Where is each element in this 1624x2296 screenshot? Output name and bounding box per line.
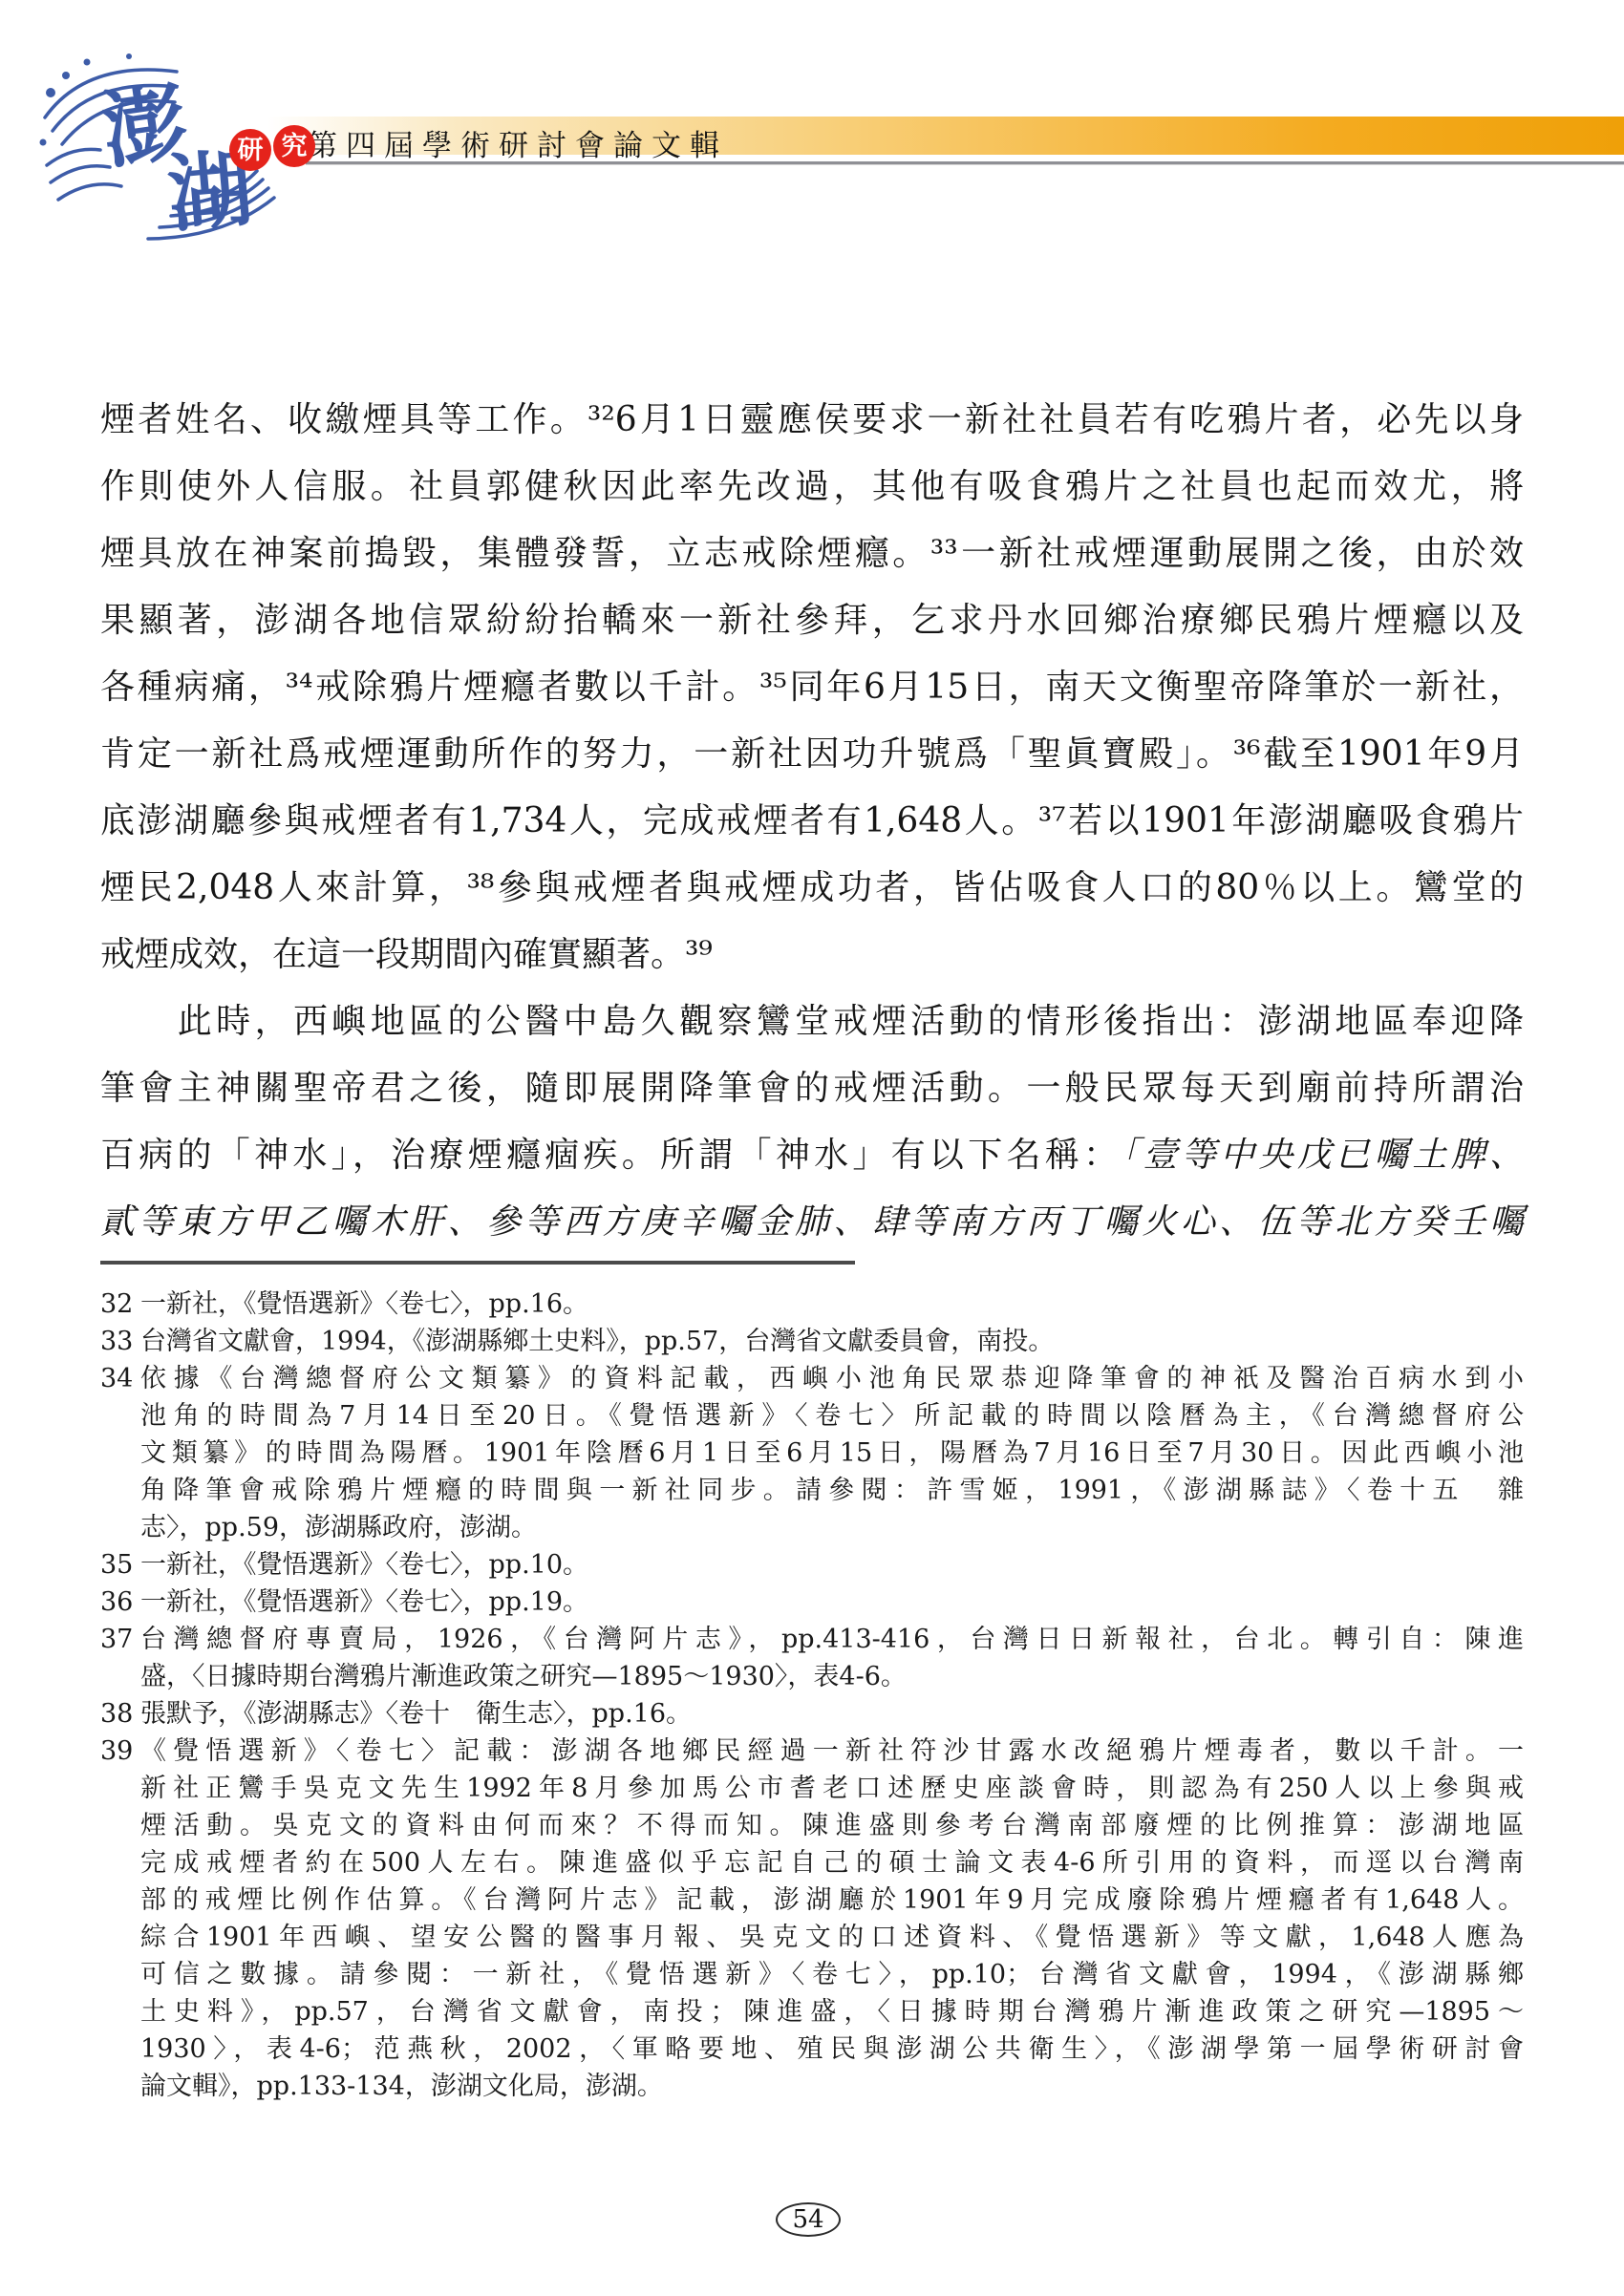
footnote-line: 37台灣總督府專賣局，1926，《台灣阿片志》，pp.413-416，台灣日日新… (140, 1621, 1524, 1658)
body-line: 此時，西嶼地區的公醫中島久觀察鸞堂戒煙活動的情形後指出：澎湖地區奉迎降 (100, 989, 1524, 1055)
footnote-line: 33台灣省文獻會，1994，《澎湖縣鄉土史料》，pp.57，台灣省文獻委員會，南… (140, 1323, 1524, 1360)
body-line: 戒煙成效，在這一段期間內確實顯著。³⁹ (100, 922, 1524, 989)
footnotes: 32一新社，《覺悟選新》〈卷七〉，pp.16。33台灣省文獻會，1994，《澎湖… (140, 1286, 1524, 2105)
footnote: 34依據《台灣總督府公文類纂》的資料記載，西嶼小池角民眾恭迎降筆會的神祇及醫治百… (140, 1360, 1524, 1546)
footnote: 38張默予，《澎湖縣志》〈卷十 衛生志〉，pp.16。 (140, 1695, 1524, 1733)
page: { "header": { "logo": { "char1": "澎", "c… (0, 0, 1624, 2296)
body-line: 底澎湖廳參與戒煙者有1,734人，完成戒煙者有1,648人。³⁷若以1901年澎… (100, 788, 1524, 855)
footnote-line: 綜合1901年西嶼、望安公醫的醫事月報、吳克文的口述資料、《覺悟選新》等文獻，1… (140, 1919, 1524, 1956)
logo-badge-jiu: 究 (273, 125, 315, 167)
footnote-line: 1930〉，表4-6；范燕秋，2002，〈軍略要地、殖民與澎湖公共衛生〉，《澎湖… (140, 2030, 1524, 2068)
footnote-line: 35一新社，《覺悟選新》〈卷七〉，pp.10。 (140, 1546, 1524, 1584)
footnote-number: 33 (100, 1323, 139, 1360)
footnote-line: 38張默予，《澎湖縣志》〈卷十 衛生志〉，pp.16。 (140, 1695, 1524, 1733)
footnote-number: 34 (100, 1360, 139, 1397)
body-line: 煙者姓名、收繳煙具等工作。³²6月1日靈應侯要求一新社社員若有吃鴉片者，必先以身 (100, 387, 1524, 454)
footnote-line: 角降筆會戒除鴉片煙癮的時間與一新社同步。請參閱：許雪姬，1991，《澎湖縣誌》〈… (140, 1472, 1524, 1509)
body-line: 肯定一新社爲戒煙運動所作的努力，一新社因功升號爲「聖眞寶殿」。³⁶截至1901年… (100, 721, 1524, 788)
footnote: 33台灣省文獻會，1994，《澎湖縣鄉土史料》，pp.57，台灣省文獻委員會，南… (140, 1323, 1524, 1360)
footnote: 32一新社，《覺悟選新》〈卷七〉，pp.16。 (140, 1286, 1524, 1323)
footnote-line: 文類纂》的時間為陽曆。1901年陰曆6月1日至6月15日，陽曆為7月16日至7月… (140, 1435, 1524, 1472)
footnote-line: 盛，〈日據時期台灣鴉片漸進政策之研究—1895～1930〉，表4-6。 (140, 1658, 1524, 1695)
body-line: 煙民2,048人來計算，³⁸參與戒煙者與戒煙成功者，皆佔吸食人口的80％以上。鸞… (100, 855, 1524, 922)
footnote-line: 土史料》，pp.57，台灣省文獻會，南投；陳進盛，〈日據時期台灣鴉片漸進政策之研… (140, 1993, 1524, 2030)
footnote-line: 志〉，pp.59，澎湖縣政府，澎湖。 (140, 1509, 1524, 1546)
body-line: 各種病痛，³⁴戒除鴉片煙癮者數以千計。³⁵同年6月15日，南天文衡聖帝降筆於一新… (100, 654, 1524, 721)
page-number: 54 (792, 2205, 823, 2234)
body-line: 煙具放在神案前搗毀，集體發誓，立志戒除煙癮。³³一新社戒煙運動展開之後，由於效 (100, 521, 1524, 587)
footnote-line: 39《覺悟選新》〈卷七〉記載：澎湖各地鄉民經過一新社符沙甘露水改絕鴉片煙毒者，數… (140, 1733, 1524, 1770)
footnote-line: 論文輯》，pp.133-134，澎湖文化局，澎湖。 (140, 2068, 1524, 2105)
footnote-line: 34依據《台灣總督府公文類纂》的資料記載，西嶼小池角民眾恭迎降筆會的神祇及醫治百… (140, 1360, 1524, 1397)
footnote: 39《覺悟選新》〈卷七〉記載：澎湖各地鄉民經過一新社符沙甘露水改絕鴉片煙毒者，數… (140, 1733, 1524, 2105)
body-line: 作則使外人信服。社員郭健秋因此率先改過，其他有吸食鴉片之社員也起而效尤，將 (100, 454, 1524, 521)
logo-badge-yan: 研 (229, 129, 271, 171)
footnote-line: 可信之數據。請參閱：一新社，《覺悟選新》〈卷七〉，pp.10；台灣省文獻會，19… (140, 1956, 1524, 1993)
journal-logo: 澎 湖 研 究 (33, 43, 320, 248)
footnote-number: 36 (100, 1584, 139, 1621)
body-line: 貳等東方甲乙囑木肝、參等西方庚辛囑金肺、肆等南方丙丁囑火心、伍等北方癸壬囑 (100, 1189, 1524, 1256)
footnote-number: 32 (100, 1286, 139, 1323)
footnote: 37台灣總督府專賣局，1926，《台灣阿片志》，pp.413-416，台灣日日新… (140, 1621, 1524, 1695)
footnote: 35一新社，《覺悟選新》〈卷七〉，pp.10。 (140, 1546, 1524, 1584)
footnote-number: 38 (100, 1695, 139, 1733)
footnote-line: 完成戒煙者約在500人左右。陳進盛似乎忘記自己的碩士論文表4-6所引用的資料，而… (140, 1844, 1524, 1881)
footnote-line: 36一新社，《覺悟選新》〈卷七〉，pp.19。 (140, 1584, 1524, 1621)
footnote-line: 煙活動。吳克文的資料由何而來？不得而知。陳進盛則參考台灣南部廢煙的比例推算：澎湖… (140, 1807, 1524, 1844)
page-header-title: 第四屆學術研討會論文輯 (308, 121, 728, 164)
footnote: 36一新社，《覺悟選新》〈卷七〉，pp.19。 (140, 1584, 1524, 1621)
page-number-badge: 54 (776, 2202, 841, 2237)
footnote-number: 37 (100, 1621, 139, 1658)
footnote-line: 新社正鸞手吳克文先生1992年8月參加馬公市耆老口述歷史座談會時，則認為有250… (140, 1770, 1524, 1807)
footnote-number: 35 (100, 1546, 139, 1584)
body-line: 百病的「神水」，治療煙癮痼疾。所謂「神水」有以下名稱：「壹等中央戊已囑土脾、 (100, 1122, 1524, 1189)
body-line: 果顯著，澎湖各地信眾紛紛抬轎來一新社參拜，乞求丹水回鄉治療鄉民鴉片煙癮以及 (100, 587, 1524, 654)
footnote-number: 39 (100, 1733, 139, 1770)
body-line: 筆會主神關聖帝君之後，隨即展開降筆會的戒煙活動。一般民眾每天到廟前持所謂治 (100, 1055, 1524, 1122)
footnote-line: 32一新社，《覺悟選新》〈卷七〉，pp.16。 (140, 1286, 1524, 1323)
footnote-line: 部的戒煙比例作估算。《台灣阿片志》記載，澎湖廳於1901年9月完成廢除鴉片煙癮者… (140, 1881, 1524, 1919)
body-text: 煙者姓名、收繳煙具等工作。³²6月1日靈應侯要求一新社社員若有吃鴉片者，必先以身… (100, 387, 1524, 1256)
footnote-line: 池角的時間為7月14日至20日。《覺悟選新》〈卷七〉所記載的時間以陰曆為主，《台… (140, 1397, 1524, 1435)
footnote-separator (100, 1261, 855, 1265)
